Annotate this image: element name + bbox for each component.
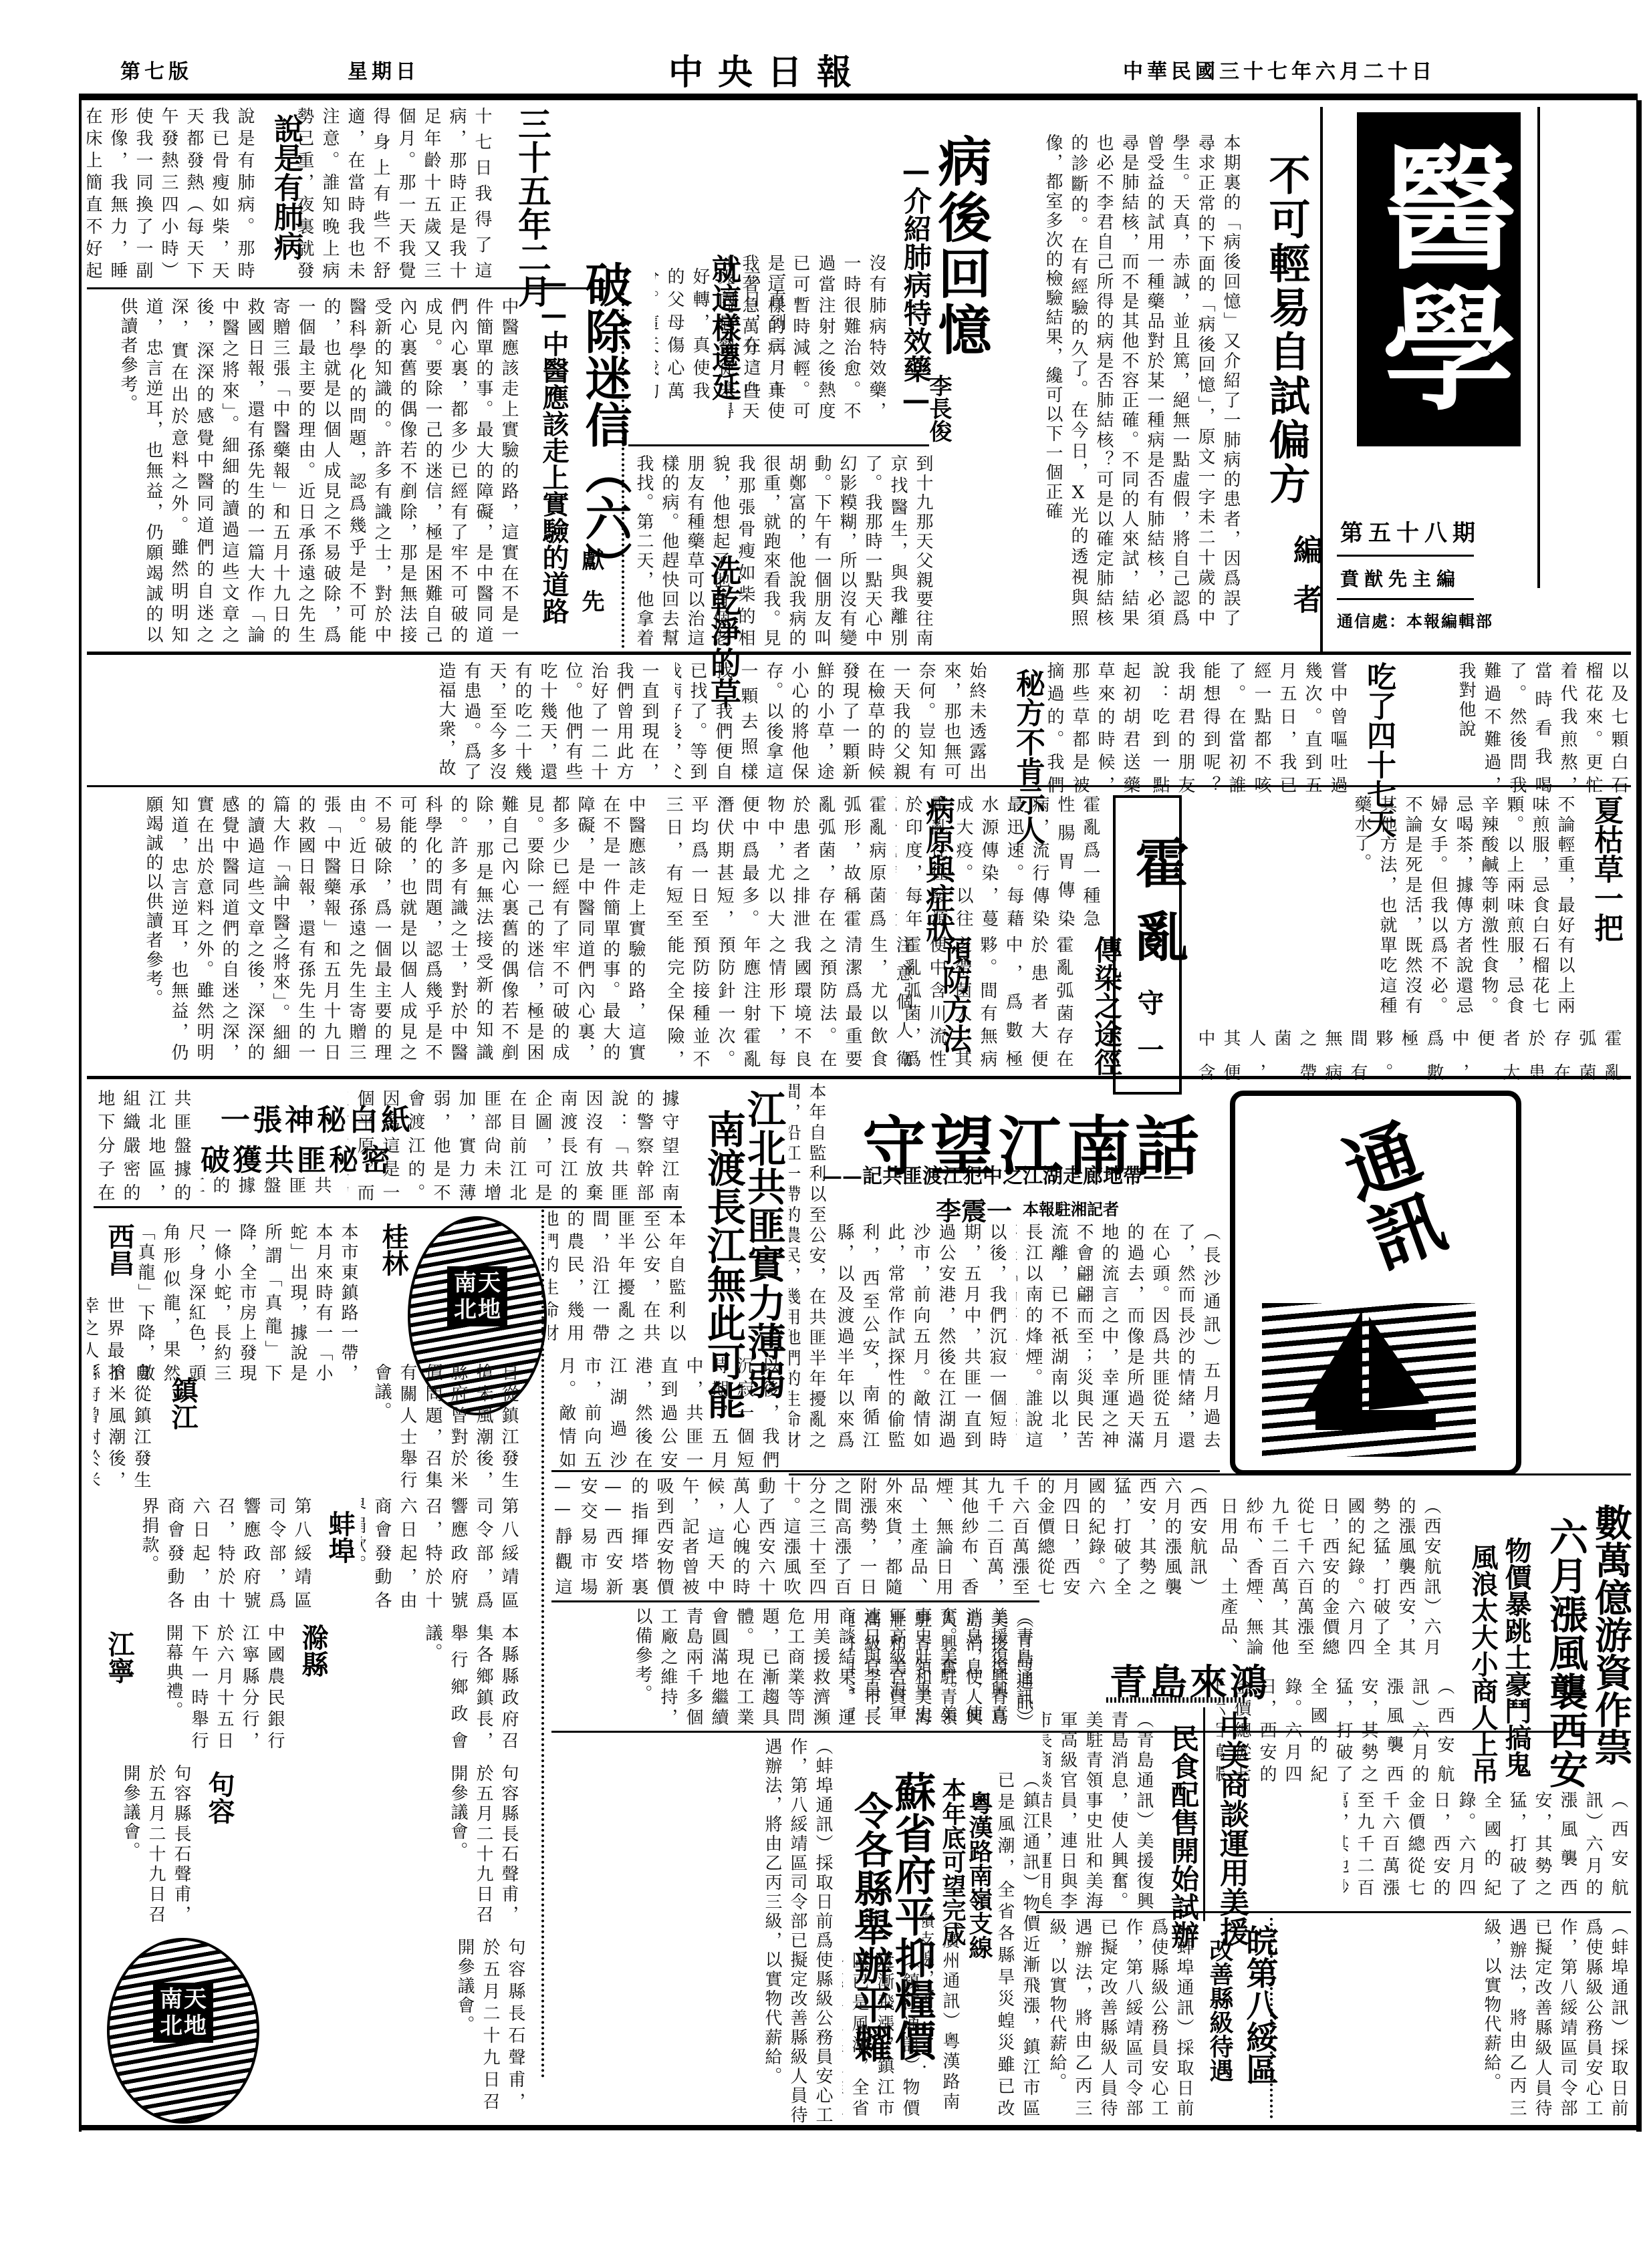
main-body-2: 以後，我們沉寂一個短時期，五月中，共匪一直到過公安港，然後在江湖過沙市，前向五月… (836, 1223, 1009, 1450)
dispatch-jurong-heading: 句容 (201, 1771, 239, 1824)
dispatch-jurong-body-2: 句容縣長石聲甫，於五月二十九日召開參議會。 (94, 1764, 194, 1925)
dispatch-jiangning-heading: 江寧 (100, 1631, 138, 1684)
dispatch-zhenjiang-body-2: 自從鎮江發生搶米風潮後，縣府曾對於米價問題，召集有關人士舉行會議。 (94, 1363, 154, 1490)
railway-body: （廣州通訊）粵漢路南嶺支線，可... (922, 1911, 963, 2112)
header-rule (80, 94, 1638, 100)
issue-date: 中華民國三十七年六月二十日 (1123, 55, 1436, 84)
memoir-body-6: 以及七顆白石榴花來。更忙着代我煎熬，當時看我喝了。然後問我難過不難過，我對他說 (1390, 662, 1631, 795)
cholera-subheading-2: 病原與症狀 (916, 795, 959, 942)
logo2-char-tian: 天 (184, 1987, 207, 2012)
tiannan-dibei-label: 南 天 北 地 (447, 1266, 507, 1326)
memoir-body-1: 十七日我得了這病，那時正是我十足年齡十五歲又三個月。那一天我覺得身上有些不舒適，… (294, 107, 495, 281)
qingdao-body-2: （青島通訊）美援復興青島消息，使人興奮。美駐青領事史壯和美海軍高級官員，連日與李… (849, 1610, 1036, 1724)
contact-info: 通信處：本報編輯部 (1337, 608, 1493, 631)
logo2-char-bei: 北 (160, 2013, 182, 2039)
anhui-title-1: 皖第八綏區 (1237, 1925, 1283, 2085)
main-body-1: （長沙通訊）五月過去了，然而長沙的情緒，還在心頭。因爲共匪從五月的過去，而像是所… (1016, 1223, 1223, 1450)
xian-body-continued: （西安航訊）六月的漲風襲西安，其勢之猛，打破了全國的紀錄。六月四日，西安的金價總… (555, 1477, 1210, 1597)
editor-note-byline: 編者 (1283, 535, 1326, 633)
cholera-body-3: 霍亂病原菌爲弧形，故稱霍亂弧菌，存在於患者之排泄物中，尤以大便中爲最多。潛伏期甚… (662, 795, 889, 929)
masthead-divider (1537, 107, 1540, 588)
xian-title-2: 六月漲風襲西安 (1537, 1517, 1594, 1788)
xian-title-4: 風浪太大小商人上吊 (1464, 1544, 1502, 1784)
issue-number: 第五十八期 (1340, 515, 1481, 547)
page-border-left (79, 94, 82, 2132)
mystery-title-1: 一張神秘白紙 (221, 1096, 413, 1139)
dispatch-jiangning-body: 中國農民銀行江寧縣分行，於六月十五日下午一時舉行開幕典禮。 (134, 1624, 287, 1751)
xian-rule-top (789, 1473, 1631, 1475)
dispatch-bengbu-heading: 蚌埠 (321, 1510, 359, 1564)
dispatch-bengbu-body-2: 第八綏靖區司令部，爲響應政府號召，特於十六日起，由商會發動各界捐款。 (94, 1497, 314, 1610)
dispatch-xichang-heading: 西昌 (100, 1223, 138, 1276)
cholera-body-continued: 霍亂弧菌存在於患者大便中，爲數極夥。間有無病之帶菌人，其便中含川流性霍亂弧菌，爲… (1196, 1029, 1624, 1083)
memoir-body-7: 嘗中曾嘔吐過幾次。直到五月五日，我已經一點都不咳了。在當初誰能想得到呢？我胡君的… (1150, 662, 1350, 795)
mystery-body: 共匪盤據的江北地區，組織嚴密的地下分子在南縣相繼被破獲。據記者採訪的正確消息，共… (94, 1089, 194, 1203)
logo-char-nan: 南 (454, 1270, 477, 1296)
anhui-title-2: 改善縣級待遇 (1203, 1938, 1237, 2082)
railway-body-2: （鎮江通訊）物價近漸飛漲，鎮江市區已是風潮，全省各縣旱災蝗災雖已改善，十六... (989, 1771, 1043, 2118)
memoir-body-8: 起初胡君送藥草來的時候，那些草都是被摘過的。我們爲着要知道這藥草的來源，好讓我們… (1043, 662, 1143, 795)
medical-masthead: 醫學 (1357, 112, 1521, 446)
memoir-subheading-2: 就這樣遷延 (702, 254, 745, 401)
superstition-author: 獻先 (575, 548, 608, 631)
editor-note-body: 本期裏的「病後回憶」又介紹了一肺病的患者，因爲誤了尋求正常的下面的「病後回憶」，… (1043, 134, 1243, 628)
anhui-body: （蚌埠通訊）採取日前爲使縣級公務員安心工作，第八綏靖區司令部已擬定改善縣級人員待… (1283, 1918, 1631, 2118)
tiannan-dibei-logo-2: 南 天 北 地 (107, 1938, 259, 2124)
mystery-title-2: 破獲共匪秘密 (201, 1136, 393, 1179)
superstition-body: 中醫應該走上實驗的路，這實在不是一件簡單的事。最大的障礙，是中醫同道們內心裏，都… (87, 297, 521, 645)
memoir-body-5: 到十九那天父親要往南京找醫生，與我離別了。我那時一點天心中幻影糢糊，所以沒有變動… (628, 454, 936, 648)
main-byline-name: 李震一 (936, 1191, 1012, 1228)
main-body-continued-1: 以後，我們沉寂一個短時期，五月中，共匪一直到過公安港，然後在江湖過沙市，前向五月… (555, 1357, 782, 1470)
anhui-rule (1036, 1911, 1631, 1913)
dispatch-jurong-body: 句容縣長石聲甫，於五月二十九日召開參議會。 (241, 1764, 521, 1925)
newspaper-name: 中央日報 (668, 44, 866, 94)
cholera-title: 霍亂 (1120, 835, 1196, 982)
sailing-ship-icon (1262, 1303, 1476, 1457)
anhui-body-continued: （蚌埠通訊）採取日前爲使縣級公務員安心工作，第八綏靖區司令部已擬定改善縣級人員待… (555, 1737, 836, 2125)
memoir-body-11: 不論輕重，最好有以上兩味煎服，忌食白石榴花七顆。以上兩味煎服，忌食辛辣酸鹹等刺激… (1330, 795, 1577, 1016)
page-border-bottom (79, 2125, 1642, 2130)
left-rule-1 (87, 287, 608, 289)
memoir-subheading-1: 說是有肺病 (264, 114, 307, 261)
editor-note-title: 不可輕易自試偏方 (1257, 154, 1316, 507)
lower-mid-rule-2 (551, 1600, 1039, 1602)
memoir-body-3: 沒有肺病特效藥，一時很難治愈。不過當注射之後熱度已可暫時減輕。可是這樣的病，真使… (729, 254, 889, 421)
xian-body: （西安航訊）六月的漲風襲西安，其勢之猛，打破了全國的紀錄。六月四日，西安的金價總… (1217, 1497, 1444, 1657)
dispatch-chuxian-heading: 滁縣 (294, 1624, 332, 1677)
main-byline-role: 本報駐湘記者 (1023, 1196, 1119, 1220)
dispatch-guilin-heading: 桂林 (374, 1223, 412, 1276)
memoir-rule-1 (628, 444, 929, 446)
top-section-rule (87, 652, 1631, 655)
middle-section-rule (87, 1076, 1631, 1079)
tiannan-dibei-border (541, 1210, 544, 2078)
logo-char-tian: 天 (478, 1270, 501, 1296)
cholera-subheading-1: 傳染之途徑 (1086, 936, 1126, 1076)
middle-rule-1 (87, 785, 1631, 787)
superstition-border (622, 287, 624, 648)
main-body-3: 本年自監利以至公安，在共匪半年擾亂之間，沿江一帶的農民，幾用他們的生命財產，擔負… (789, 1083, 829, 1450)
cholera-subheading-3: 預防方法 (932, 936, 975, 1053)
memoir-body-continued: 中醫應該走上實驗的路，這實在不是一件簡單的事。最大的障礙，是中醫同道們內心裏，都… (94, 795, 648, 1062)
memoir-subheading-6: 夏枯草一把 (1584, 795, 1627, 942)
logo-char-di: 地 (478, 1297, 501, 1322)
jiangsu-body: （鎮江通訊）物價近漸飛漲，鎮江市區已是風潮，全省各縣旱災蝗災雖已改善，十六... (842, 1951, 922, 2118)
memoir-body-10: 一直到現在，我們曾用此方治好了一二十位。他們有些吃十幾天，還有的吃二十幾天，至今… (94, 662, 662, 782)
dispatch-bengbu-body: 第八綏靖區司令部，爲響應政府號召，特於十六日起，由商會發動各界捐款。 (361, 1497, 521, 1610)
medical-masthead-title: 醫學 (1343, 139, 1535, 420)
dispatch-jurong-body-3: 句容縣長石聲甫，於五月二十九日召開參議會。 (267, 1938, 528, 2112)
page-number: 第七版 (120, 55, 193, 84)
lower-mid-rule-1 (551, 1470, 1220, 1472)
xian-title-3: 物價暴跳土豪鬥搞鬼 (1497, 1537, 1535, 1778)
cholera-author: 守一 (1130, 989, 1168, 1083)
ship-illustration (1262, 1303, 1476, 1457)
qingdao-body: （青島通訊）美援復興青島消息，使人興奮。美駐青領事史壯和美海軍高級官員，連日與李… (1043, 1711, 1156, 1911)
cholera-body-2: 霍亂弧菌存在於患者大便中，爲數極夥。間有無病之帶菌人，其便中含川流性霍亂弧菌，爲… (896, 936, 1076, 1069)
dispatch-zhenjiang-heading: 鎮江 (164, 1377, 202, 1430)
anhui-border (1270, 1918, 1273, 2118)
logo2-char-nan: 南 (160, 1987, 182, 2012)
tiannan-dibei-label-2: 南 天 北 地 (153, 1983, 213, 2043)
superstition-title: 破除迷信（六） (572, 261, 639, 588)
dispatch-zhenjiang-body: 自從鎮江發生搶米風潮後，縣府曾對於米價問題，召集有關人士舉行會議。 (201, 1363, 521, 1490)
qingdao-sub-2: 民食配售開始試辦 (1163, 1724, 1203, 1949)
xian-body-3: （西安航訊）六月的漲風襲西安，其勢之猛，打破了全國的紀錄。六月四日，西安的金價總… (1344, 1791, 1631, 1898)
editor-credit: 賁猷先主編 (1340, 565, 1461, 591)
qingdao-title-underline (1106, 1697, 1247, 1703)
main-subtitle: ——記共匪渡江犯中之江湖走廊地帶—— (822, 1159, 1183, 1189)
anhui-body-2: （蚌埠通訊）採取日前爲使縣級公務員安心工作，第八綏靖區司令部已擬定改善縣級人員待… (1043, 1918, 1196, 2118)
logo2-char-di: 地 (184, 2013, 207, 2039)
mystery-body-2: 共匪盤據的江北地區，組織嚴密的地下分子在南縣相繼被破獲。據記者採訪的正確消息，共… (201, 1176, 334, 1210)
qingdao-divider (1203, 1707, 1205, 1921)
memoir-subtitle: —介紹肺病特效藥— (896, 154, 936, 416)
dispatch-guilin-body: 本市東鎮路一帶，本月來時有一「小蛇」出現，據說是所謂「真龍」下降，全市房上發現一… (134, 1223, 361, 1383)
tongxun-label: 通訊 (1313, 1109, 1463, 1284)
memoir-body-2: 說是有肺病。那時我已骨瘦如柴，天天都發熱（每天下午發熱三四小時）使我一同換了一副… (87, 107, 257, 281)
cholera-body-4: 注意個人衛生，尤以飲食清潔爲最重要之預防法。在我國環境不良之情形下，每年應注射霍… (662, 936, 916, 1069)
page-border-right (1636, 100, 1642, 2132)
superstition-subtitle: ——中醫應該走上實驗的道路 (535, 267, 573, 624)
weekday: 星期日 (348, 55, 420, 84)
logo-char-bei: 北 (454, 1297, 477, 1322)
tongxun-banner: 通訊 (1230, 1091, 1521, 1475)
issue-rule-1 (1337, 555, 1474, 557)
issue-rule-2 (1337, 598, 1474, 600)
memoir-subheading-3: 洗乾淨的草 (702, 555, 746, 708)
jiangbei-body-2: 本年自監利以至公安，在共匪半年擾亂之間，沿江一帶的農民，幾用他們的生命財產，擔負… (548, 1210, 688, 1343)
mystery-rule (94, 1206, 682, 1208)
dispatch-chuxian-body: 本縣縣政府召集各鄉鎮長，舉行鄉政會議。 (334, 1624, 521, 1751)
